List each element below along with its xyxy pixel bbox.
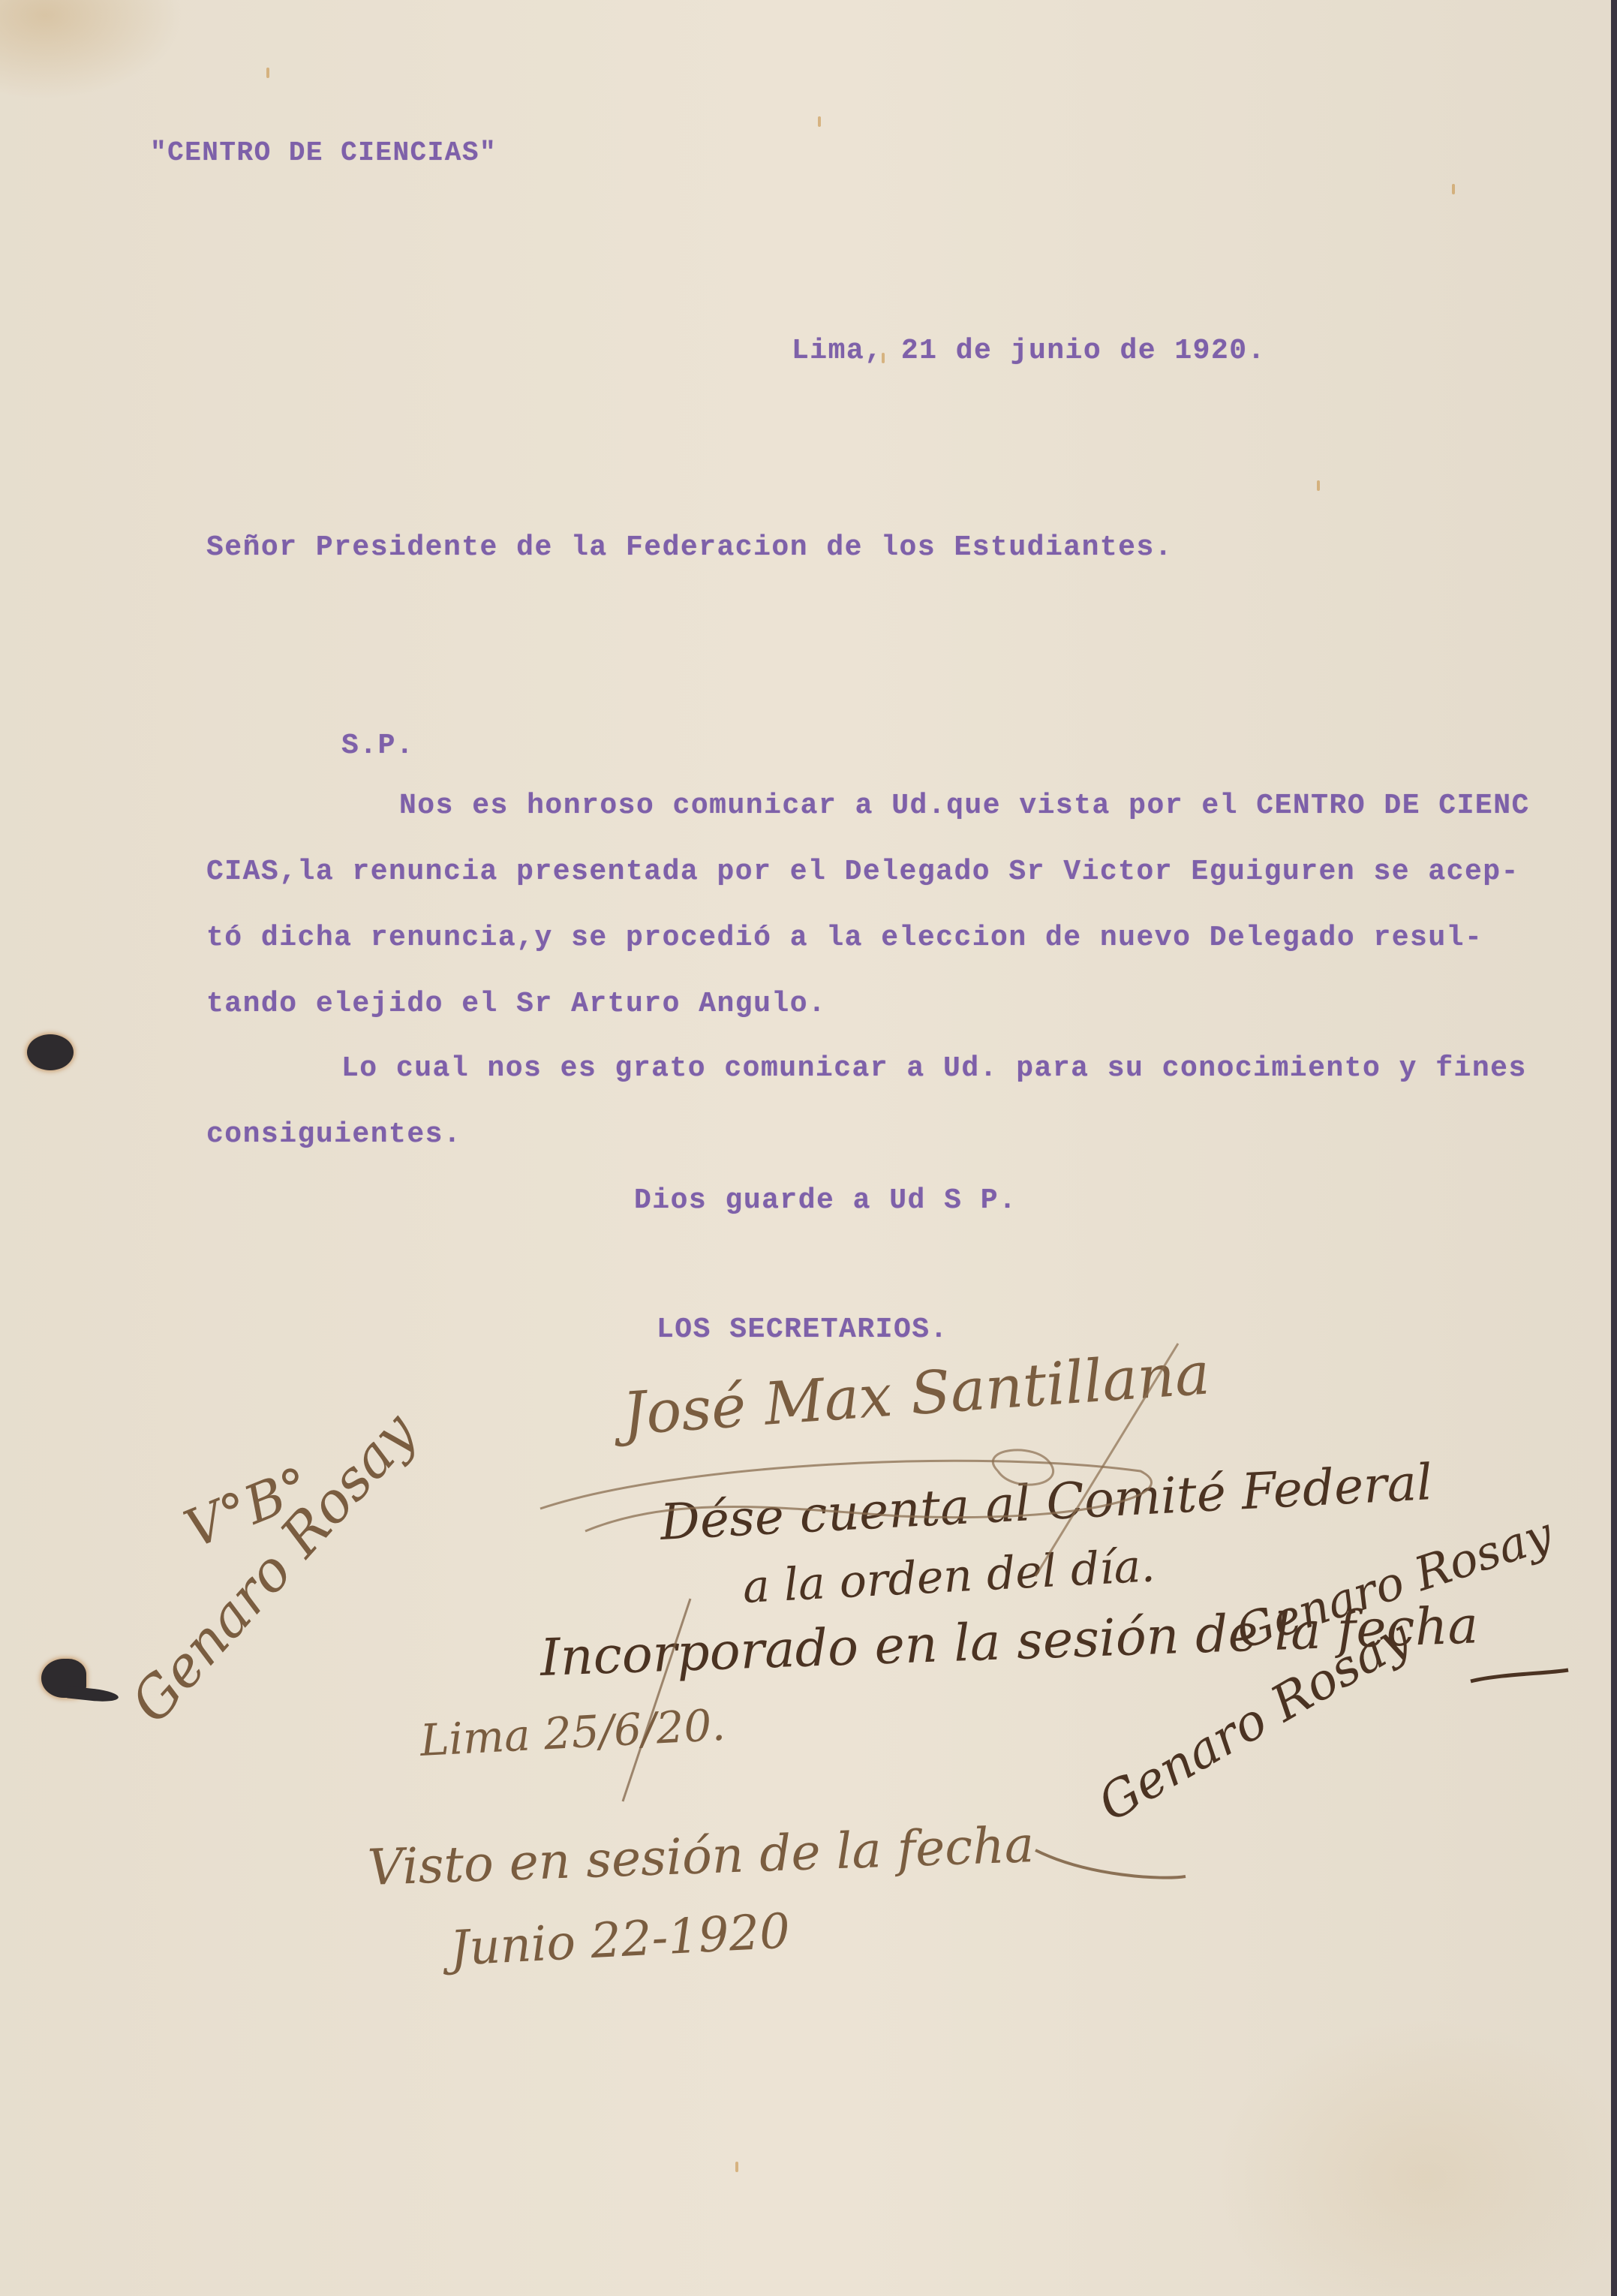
- body-line: consiguientes.: [206, 1118, 461, 1151]
- signatory-label: LOS SECRETARIOS.: [657, 1314, 948, 1346]
- note-1-line-1: Dése cuenta al Comité Federal: [659, 1453, 1434, 1551]
- body-line: tando elejido el Sr Arturo Angulo.: [206, 988, 826, 1020]
- addressee: Señor Presidente de la Federacion de los…: [206, 531, 1173, 564]
- paper-stain: [735, 2162, 738, 2172]
- paper-right-edge: [1611, 0, 1617, 2296]
- closing: Dios guarde a Ud S P.: [634, 1184, 1017, 1217]
- signature-left: Genaro Rosay: [119, 1401, 428, 1735]
- date-line: Lima, 21 de junio de 1920.: [792, 335, 1266, 367]
- signature-secretary: José Max Santillana: [621, 1340, 1212, 1448]
- paper-stain: [1452, 184, 1455, 194]
- body-line: tó dicha renuncia,y se procedió a la ele…: [206, 922, 1483, 954]
- note-3-line-1: Visto en sesión de la fecha: [367, 1816, 1035, 1897]
- letterhead: "CENTRO DE CIENCIAS": [150, 137, 497, 168]
- note-1-line-2: a la orden del día.: [741, 1539, 1156, 1614]
- ink-blot: [67, 1686, 119, 1703]
- paper-stain: [818, 116, 821, 127]
- note-3-line-2: Junio 22-1920: [449, 1903, 792, 1977]
- note-2-date: Lima 25/6/20.: [419, 1699, 726, 1766]
- body-line: CIAS,la renuncia presentada por el Deleg…: [206, 856, 1519, 888]
- body-line: Nos es honroso comunicar a Ud.que vista …: [399, 790, 1530, 822]
- body-line: Lo cual nos es grato comunicar a Ud. par…: [341, 1052, 1527, 1085]
- paper-stain: [1317, 480, 1320, 491]
- punch-hole: [27, 1034, 74, 1070]
- paper-stain: [266, 68, 269, 78]
- salutation-sp: S.P.: [341, 730, 414, 762]
